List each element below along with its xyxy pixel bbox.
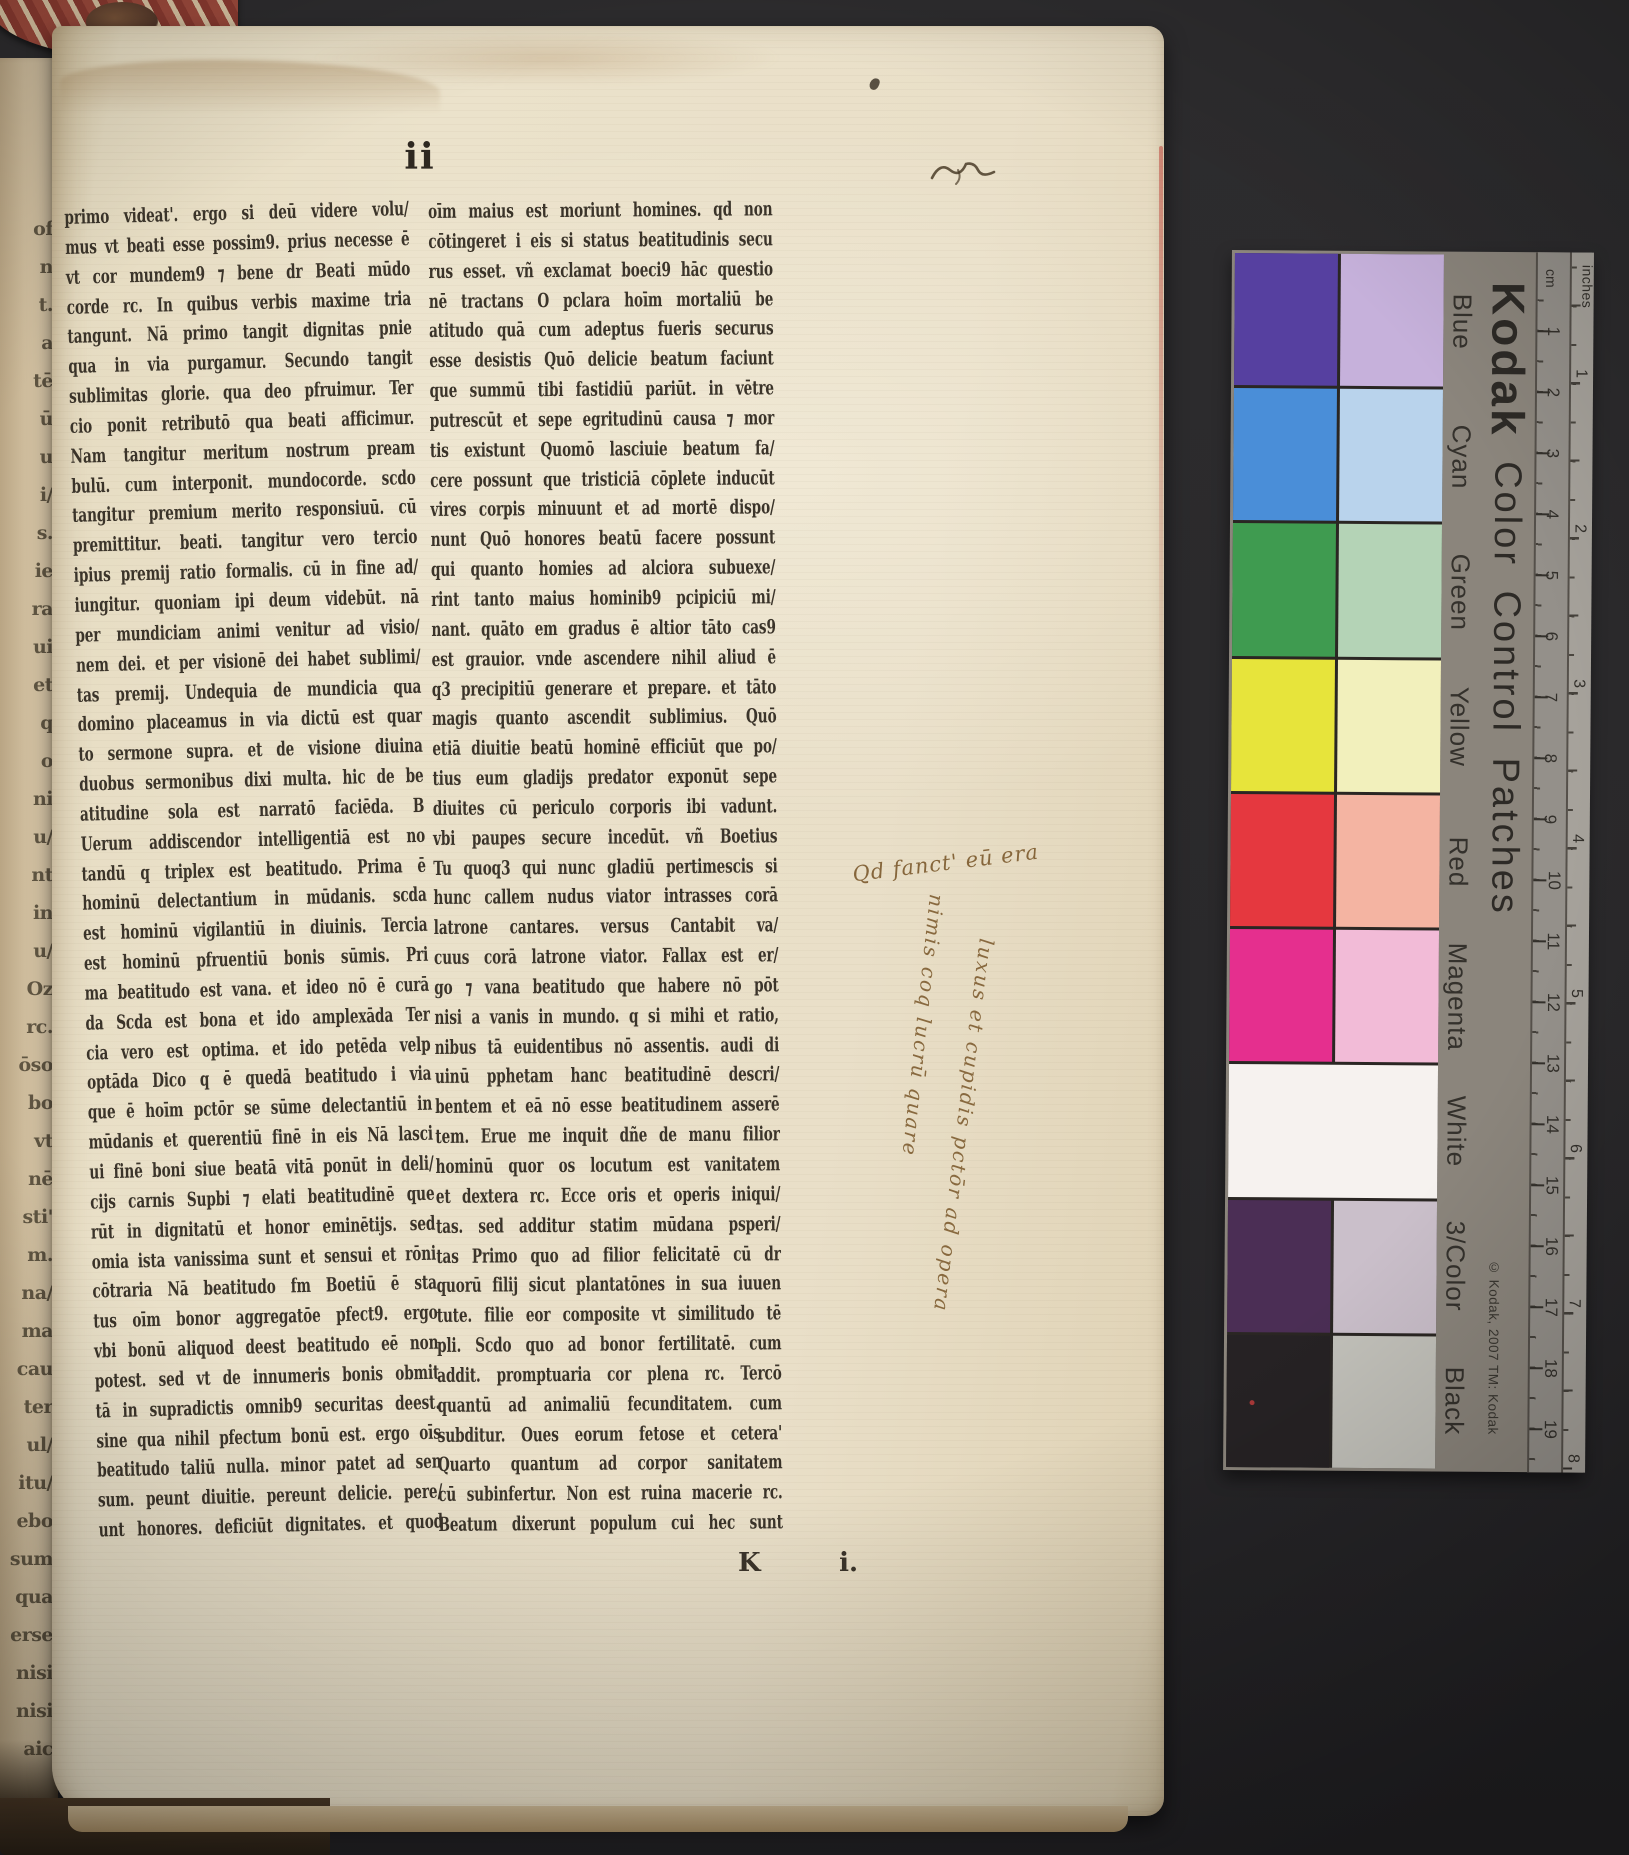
patch-label-3-color: 3/Color <box>1439 1221 1471 1312</box>
cm-number: 9 <box>1540 815 1560 825</box>
patch-label-blue: Blue <box>1446 294 1477 350</box>
red-speck-artifact <box>1250 1400 1255 1405</box>
edge-text-fragment: ie <box>0 552 58 590</box>
inch-tick <box>1568 847 1577 849</box>
text-line: tas. sed additur statim mūdana psperi/ <box>436 1209 781 1242</box>
edge-text-fragment: itu/ <box>0 1464 58 1502</box>
inch-number: 4 <box>1568 834 1586 843</box>
signature-mark: K i. <box>738 1548 858 1578</box>
color-patch-black-solid <box>1226 1335 1330 1468</box>
inch-tick <box>1571 382 1580 384</box>
text-line: est grauior. vnde ascendere nihil aliud … <box>432 642 777 675</box>
edge-text-fragment: tē <box>0 362 58 400</box>
cm-number: 7 <box>1540 693 1560 703</box>
edge-text-fragment: nisi <box>0 1654 58 1692</box>
color-patch-cyan-solid <box>1233 388 1337 521</box>
cm-number: 14 <box>1542 1115 1562 1134</box>
edge-text-fragment: qua <box>0 1578 58 1616</box>
text-line: que summū tibi fastidiū pariūt. in vētre <box>429 373 774 406</box>
edge-text-fragment: erse <box>0 1616 58 1654</box>
inch-tick <box>1566 1002 1575 1004</box>
color-patch-yellow-tint <box>1337 659 1441 792</box>
edge-text-fragment: et <box>0 666 58 704</box>
handwritten-marginalia: Qd fanct' eū era nimis coq lucrū quare l… <box>850 845 1060 1345</box>
edge-text-fragment: a <box>0 324 58 362</box>
cm-number: 18 <box>1540 1359 1560 1378</box>
inch-number: 6 <box>1566 1144 1584 1153</box>
color-patch-green-solid <box>1232 523 1336 656</box>
edge-text-fragment: in <box>0 894 58 932</box>
text-line: tius eum gladijs predator exponūt sepe <box>432 761 777 794</box>
inch-tick <box>1570 537 1579 539</box>
inches-unit-label: inches <box>1579 265 1595 309</box>
card-copyright: © Kodak, 2007 TM: Kodak <box>1485 1260 1501 1460</box>
edge-text-fragment: bo <box>0 1084 58 1122</box>
text-line: cere possunt que tristiciā cōplete induc… <box>430 463 775 496</box>
text-line: hominū quor os locutum est vanitatem <box>436 1149 781 1182</box>
inch-tick <box>1563 1467 1572 1469</box>
edge-text-fragment: sti' <box>0 1198 58 1236</box>
text-line: latrone cantares. versus Cantabit va/ <box>434 911 779 944</box>
edge-text-fragment: ter <box>0 1388 58 1426</box>
text-line: hunc callem nudus viator intrasses corā <box>433 881 778 914</box>
text-line: esse desistis Quō delicie beatum faciunt <box>429 344 774 377</box>
text-line: tute. filie eor composite vt similitudo … <box>437 1298 782 1331</box>
edge-text-fragment: o <box>0 742 58 780</box>
text-column-right: oīm maius est moriunt homines. qd noncōt… <box>428 194 783 1540</box>
text-line: nisi a vanis in mundo. q si mihi et rati… <box>434 1000 779 1033</box>
inch-tick <box>1569 692 1578 694</box>
edge-text-fragment: m. <box>0 1236 58 1274</box>
inch-number: 2 <box>1570 524 1588 533</box>
text-line: bentem et eā nō esse beatitudinem asserē <box>435 1090 780 1123</box>
color-patch-cyan-tint <box>1339 389 1443 522</box>
kodak-color-control-card: BlueCyanGreenYellowRedMagentaWhite3/Colo… <box>1223 250 1592 1473</box>
text-line: quantū ad animaliū fecunditatem. cum <box>437 1388 782 1421</box>
inch-tick <box>1565 1157 1574 1159</box>
text-line: cuus corā latrone viator. Fallax est er/ <box>434 940 779 973</box>
cm-number: 13 <box>1542 1054 1562 1073</box>
text-line: putrescūt et sepe egritudinū causa ⁊ mor <box>430 403 775 436</box>
text-line: atitudo quā cum adeptus fueris securus <box>429 314 774 347</box>
edge-text-fragment: nisi <box>0 1692 58 1730</box>
inch-number: 3 <box>1569 679 1587 688</box>
cm-number: 10 <box>1544 871 1564 890</box>
color-patch-green-tint <box>1338 524 1442 657</box>
cm-number: 4 <box>1542 510 1562 520</box>
text-line: vires corpis minuunt et ad mortē dispo/ <box>430 493 775 526</box>
cm-number: 8 <box>1540 754 1560 764</box>
text-line: nē tractans O pclara hoīm mortaliū be <box>429 284 774 317</box>
edge-text-fragment: u/ <box>0 932 58 970</box>
edge-text-fragment: ni <box>0 780 58 818</box>
edge-text-fragment: sum <box>0 1540 58 1578</box>
cm-number: 16 <box>1541 1237 1561 1256</box>
text-line: cū subinfertur. Non est ruina macerie rc… <box>438 1478 783 1511</box>
color-patch-white <box>1228 1064 1438 1198</box>
edge-text-fragment: s. <box>0 514 58 552</box>
edge-text-fragment: u <box>0 438 58 476</box>
marginalia-header: Qd fanct' eū era <box>851 840 1040 887</box>
edge-text-fragment: Oz <box>0 970 58 1008</box>
cm-number: 5 <box>1541 571 1561 581</box>
edge-text-fragment: u/ <box>0 818 58 856</box>
color-patch-yellow-solid <box>1231 659 1335 792</box>
text-line: tem. Erue me inquit dñe de manu filior <box>435 1119 780 1152</box>
edge-text-fragment: t. <box>0 286 58 324</box>
edge-text-fragment: aic <box>0 1730 58 1768</box>
text-line: magis quanto ascendit sublimius. Quō <box>432 702 777 735</box>
inch-number: 8 <box>1564 1454 1582 1463</box>
digitized-book-photograph: ofnt.atēūui/s.ierauietqoniu/ntinu/Ozrc.ō… <box>0 0 1629 1855</box>
text-line: rint tanto maius hominib9 pcipiciū mi/ <box>431 582 776 615</box>
text-line: Tu quoq3 qui nunc gladiū pertimescis si <box>433 851 778 884</box>
kodak-brand-text: Kodak <box>1482 282 1535 438</box>
patch-label-white: White <box>1440 1096 1472 1168</box>
edge-text-fragment: ra <box>0 590 58 628</box>
folio-number: ii <box>390 136 450 178</box>
text-line: tis existunt Quomō lasciuie beatum fa/ <box>430 433 775 466</box>
cm-number: 3 <box>1542 449 1562 459</box>
color-patch-black-tint <box>1332 1336 1436 1469</box>
color-patch-blue-solid <box>1234 253 1338 386</box>
color-patch-3-color-solid <box>1227 1200 1331 1333</box>
patch-label-cyan: Cyan <box>1445 425 1476 490</box>
patch-label-red: Red <box>1442 836 1473 887</box>
inch-number: 5 <box>1567 989 1585 998</box>
cm-number: 19 <box>1540 1420 1560 1439</box>
color-patch-red-solid <box>1230 794 1334 927</box>
color-patch-magenta-solid <box>1229 929 1333 1062</box>
text-line: q3 precipitiū generare et prepare. et tā… <box>432 672 777 705</box>
color-patch-red-tint <box>1336 795 1440 928</box>
ink-squiggle-mark <box>928 148 1000 200</box>
text-line: nibus tā euidentibus nō assentis. audi d… <box>435 1030 780 1063</box>
color-patch-grid <box>1226 253 1444 1468</box>
patch-label-yellow: Yellow <box>1443 687 1475 767</box>
text-line: qui quanto homies ad alciora subuexe/ <box>431 552 776 585</box>
patch-label-black: Black <box>1438 1367 1470 1436</box>
color-patch-3-color-tint <box>1333 1200 1437 1333</box>
text-line: nant. quāto em gradus ē altior tāto cas9 <box>431 612 776 645</box>
inch-tick <box>1564 1312 1573 1314</box>
text-line: etiā diuitie beatū hominē efficiūt que p… <box>432 731 777 764</box>
edge-text-fragment: nē <box>0 1160 58 1198</box>
edge-text-fragment: ul/ <box>0 1426 58 1464</box>
color-patch-magenta-tint <box>1335 930 1439 1063</box>
page-stain <box>312 30 782 86</box>
color-patch-blue-tint <box>1340 254 1444 387</box>
edge-text-fragment: q <box>0 704 58 742</box>
text-line: tas Primo quo ad filior felicitatē cū dr <box>436 1239 781 1272</box>
edge-text-fragment: ōso <box>0 1046 58 1084</box>
edge-text-fragment: vt <box>0 1122 58 1160</box>
text-line: quorū filij sicut plantatōnes in sua iuu… <box>436 1269 781 1302</box>
text-line: nunt Quō honores beatū facere possunt <box>431 523 776 556</box>
cm-number: 17 <box>1541 1298 1561 1317</box>
text-line: Beatum dixerunt populum cui hec sunt <box>438 1507 783 1540</box>
cm-number: 1 <box>1543 327 1563 337</box>
edge-text-fragment: cau <box>0 1350 58 1388</box>
edge-text-fragment: ui <box>0 628 58 666</box>
previous-leaf-edge: ofnt.atēūui/s.ierauietqoniu/ntinu/Ozrc.ō… <box>0 58 58 1810</box>
text-line: rus esset. vñ exclamat boeci9 hāc questi… <box>428 254 773 287</box>
edge-text-fragment: ebo <box>0 1502 58 1540</box>
edge-text-fragment: n <box>0 248 58 286</box>
text-line: Quarto quantum ad corpor sanitatem <box>438 1448 783 1481</box>
edge-text-fragment: rc. <box>0 1008 58 1046</box>
bottom-page-edges <box>68 1806 1128 1832</box>
edge-text-fragment: nt <box>0 856 58 894</box>
signature-numeral: i. <box>839 1548 858 1578</box>
signature-letter: K <box>738 1548 761 1578</box>
edge-text-fragment: i/ <box>0 476 58 514</box>
cm-number: 12 <box>1543 993 1563 1012</box>
cm-unit-label: cm <box>1543 269 1559 288</box>
cm-number: 6 <box>1541 632 1561 642</box>
patch-label-green: Green <box>1444 553 1476 630</box>
cm-number: 11 <box>1543 932 1563 950</box>
text-line: et dextera rc. Ecce oris et operis iniqu… <box>436 1179 781 1212</box>
text-line: go ⁊ vana beatitudo que habere nō pōt <box>434 970 779 1003</box>
edge-text-fragment: na/ <box>0 1274 58 1312</box>
text-line: diuites cū periculo corporis ibi vadunt. <box>433 791 778 824</box>
card-title-text: Color Control Patches <box>1483 461 1528 916</box>
card-title: Kodak Color Control Patches <box>1474 282 1535 1282</box>
patch-label-magenta: Magenta <box>1441 942 1473 1050</box>
cm-number: 15 <box>1542 1176 1562 1195</box>
text-line: vbi paupes secure incedūt. vñ Boetius <box>433 821 778 854</box>
text-column-left: primo videat'. ergo si deū videre volu/m… <box>64 194 443 1546</box>
text-line: cōtingeret i eis si status beatitudinis … <box>428 224 773 257</box>
edge-text-fragment: ma <box>0 1312 58 1350</box>
text-line: oīm maius est moriunt homines. qd non <box>428 194 773 227</box>
edge-text-fragment: ū <box>0 400 58 438</box>
text-line: addit. promptuaria cor plena rc. Tercō <box>437 1358 782 1391</box>
text-line: pli. Scdo quo ad bonor fertilitatē. cum <box>437 1328 782 1361</box>
inch-number: 7 <box>1565 1299 1583 1308</box>
edge-text-fragment: of <box>0 210 58 248</box>
text-line: uinū pphetam hanc beatitudinē descri/ <box>435 1060 780 1093</box>
inch-number: 1 <box>1572 369 1590 378</box>
cm-number: 2 <box>1543 388 1563 398</box>
text-line: subditur. Oues eorum fetose et cetera' <box>438 1418 783 1451</box>
